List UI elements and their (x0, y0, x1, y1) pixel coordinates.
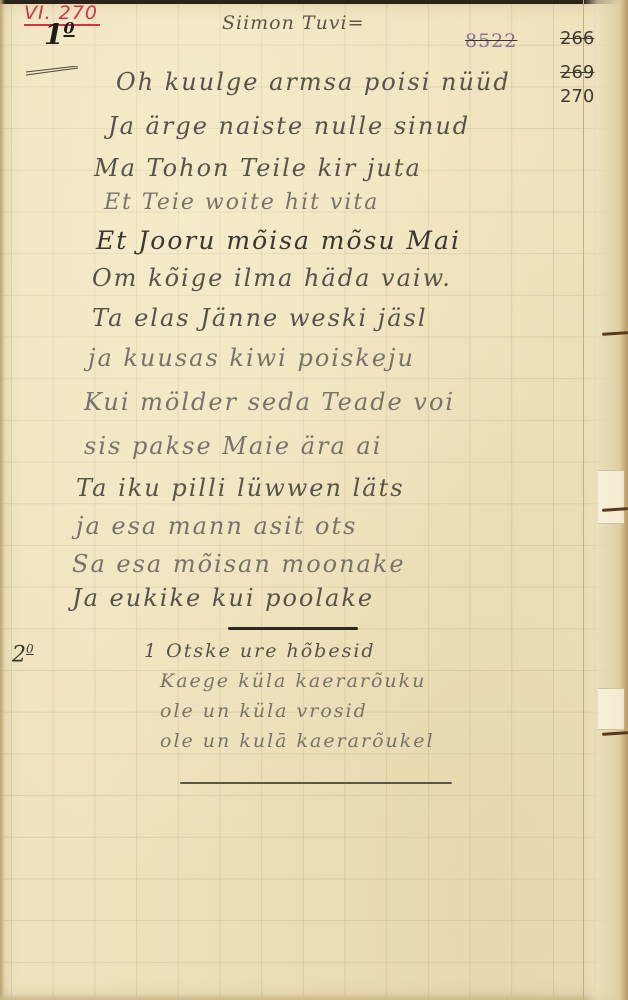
section-mark-2: 20 (12, 642, 34, 667)
double-stroke-mark (24, 66, 80, 76)
verse-line: Om kõige ilma häda vaiw. (92, 264, 452, 292)
page-number-struck: 269 (560, 62, 594, 83)
page-number-struck: 266 (560, 28, 594, 49)
verse-line: 1 Otske ure hõbesid (144, 640, 376, 662)
page-title: Siimon Tuvi= (222, 12, 365, 34)
verse-line: Ma Tohon Teile kir juta (94, 154, 422, 182)
verse-line: Et Jooru mõisa mõsu Mai (96, 226, 461, 255)
manuscript-page: VI. 270 10 Siimon Tuvi= 8522 266 269 270… (0, 0, 628, 1000)
verse-line: ole un küla vrosid (160, 700, 368, 722)
verse-line: sis pakse Maie ära ai (84, 432, 382, 460)
binding-tape (598, 470, 624, 524)
verse-line: Ja eukike kui poolake (72, 584, 374, 612)
verse-line: Et Teie woite hit vita (104, 190, 379, 215)
page-number: 270 (560, 86, 594, 107)
binding-tape (598, 688, 624, 730)
verse-line: Sa esa mõisan moonake (72, 550, 406, 578)
section-mark-1: 10 (44, 18, 75, 51)
verse-line: Ta elas Jänne weski jäsl (92, 304, 428, 332)
end-rule (180, 782, 452, 784)
page-bottom-edge (0, 994, 628, 1000)
verse-line: ja kuusas kiwi poiskeju (88, 344, 415, 372)
stamp-number: 8522 (465, 30, 517, 52)
verse-line: ja esa mann asit ots (76, 512, 357, 540)
page-left-edge (0, 0, 5, 1000)
verse-line: Ja ärge naiste nulle sinud (108, 112, 470, 140)
separator-line (228, 627, 358, 630)
verse-line: ole un kulā kaerarõukel (160, 730, 435, 752)
verse-line: Kaege küla kaerarõuku (160, 670, 426, 692)
verse-line: Kui mölder seda Teade voi (84, 388, 455, 416)
verse-line: Ta iku pilli lüwwen läts (76, 474, 405, 502)
verse-line: Oh kuulge armsa poisi nüüd (116, 68, 511, 96)
